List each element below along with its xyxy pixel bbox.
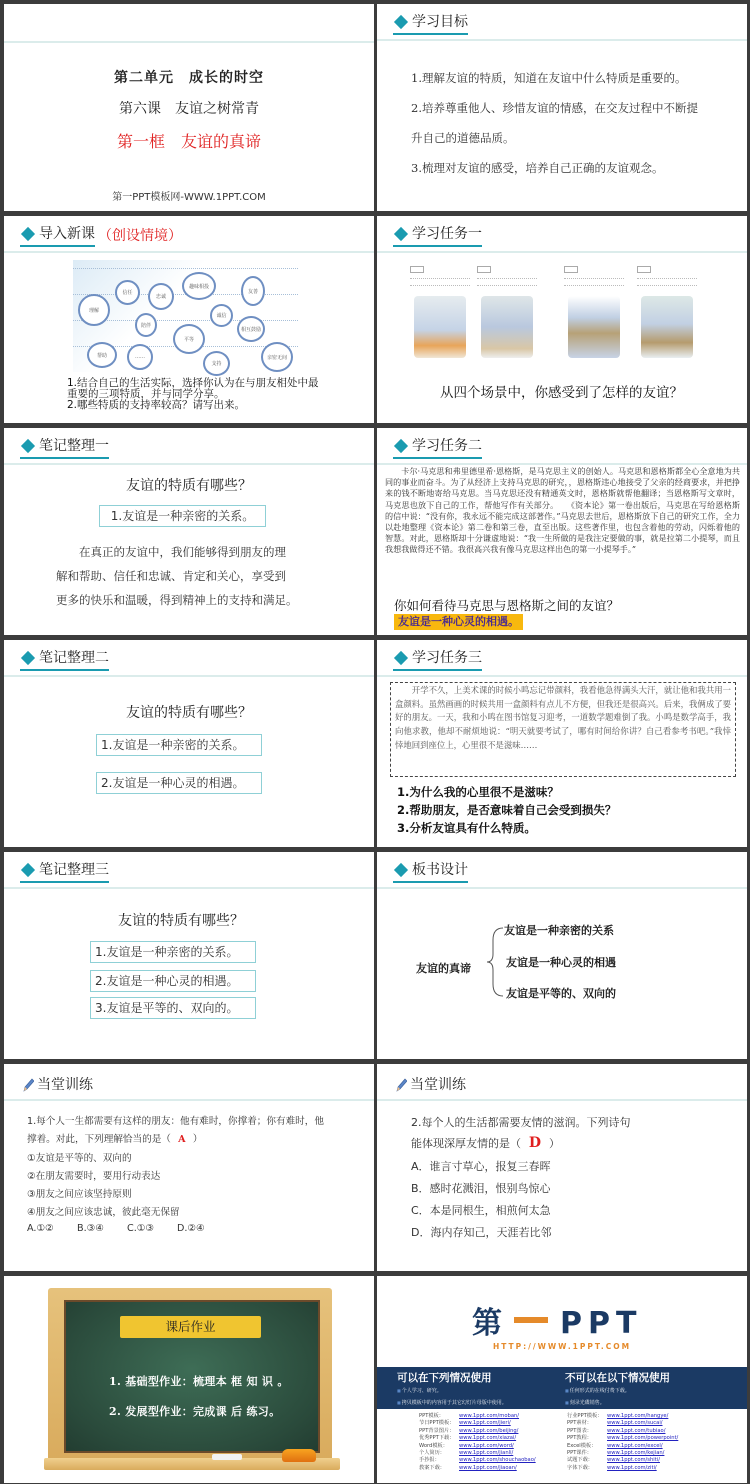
brand-url[interactable]: HTTP://WWW.1PPT.COM bbox=[377, 1342, 747, 1351]
trait-bubble: 支持 bbox=[203, 351, 230, 376]
slide-header: 导入新课 （创设情境） bbox=[4, 216, 374, 253]
choice-item: ②在朋友需要时，要用行动表达 bbox=[27, 1168, 160, 1182]
question-line: 2.哪些特质的支持率较高？请写出来。 bbox=[67, 400, 327, 411]
notes-question: 友谊的特质有哪些？ bbox=[4, 910, 366, 930]
trait-box: 2.友谊是一种心灵的相遇。 bbox=[90, 970, 256, 992]
link-label: Word模板： bbox=[419, 1443, 459, 1450]
trait-box: 3.友谊是平等的、双向的。 bbox=[90, 997, 256, 1019]
slide-homework[interactable]: 课后作业 1. 基础型作业：梳理本 框 知 识 。 2. 发展型作业：完成课 后… bbox=[4, 1276, 374, 1483]
question-stem: 1.每个人一生都需要有这样的朋友：他有难时，你撑着；你有难时，他 bbox=[27, 1113, 324, 1127]
diamond-icon bbox=[21, 438, 35, 452]
slide-heading: 导入新课 bbox=[20, 225, 95, 247]
trait-bubble: 平等 bbox=[173, 324, 205, 354]
heading-text: 学习任务一 bbox=[412, 226, 482, 242]
slide-practice2[interactable]: 当堂训练 2.每个人的生活都需要友情的滋润。下列诗句 能体现深厚友情的是（D） … bbox=[377, 1064, 747, 1271]
slide-header: 当堂训练 bbox=[377, 1064, 747, 1101]
can-use-item: 个人学习、研究。 bbox=[397, 1385, 507, 1397]
question-line: 3.分析友谊具有什么特质。 bbox=[397, 820, 536, 836]
dotted-line bbox=[73, 320, 298, 321]
objective-item: 1.理解友谊的特质，知道在友谊中什么特质是重要的。 bbox=[411, 63, 731, 93]
option: C.①③ bbox=[127, 1223, 154, 1234]
eraser-icon bbox=[282, 1449, 316, 1462]
slide-header: 笔记整理二 bbox=[4, 640, 374, 677]
section-title: 第一框 友谊的真谛 bbox=[4, 129, 374, 152]
story-box: 开学不久，上美术课的时候小鸣忘记带颜料，我看他急得满头大汗，就让他和我共用一盒颜… bbox=[390, 682, 736, 777]
paragraph-line: 在真正的友谊中，我们能够得到朋友的理 bbox=[56, 540, 326, 564]
stem-text: 撑着。对此，下列理解恰当的是（ bbox=[27, 1134, 171, 1145]
link-row: 优秀PPT下载：www.1ppt.com/xiazai/ bbox=[419, 1435, 536, 1442]
link[interactable]: www.1ppt.com/powerpoint/ bbox=[607, 1435, 678, 1442]
diamond-icon bbox=[394, 226, 408, 240]
option: C．本是同根生，相煎何太急 bbox=[411, 1202, 551, 1218]
dotted-line bbox=[73, 268, 298, 269]
trait-box: 1.友谊是一种亲密的关系。 bbox=[90, 941, 256, 963]
slide-header: 板书设计 bbox=[377, 852, 747, 889]
slide-heading: 当堂训练 bbox=[22, 1074, 93, 1094]
scene-label bbox=[477, 266, 491, 273]
scene-picture bbox=[568, 296, 620, 358]
heading-text: 学习任务二 bbox=[412, 438, 482, 454]
slide-notes3[interactable]: 笔记整理三 友谊的特质有哪些？ 1.友谊是一种亲密的关系。 2.友谊是一种心灵的… bbox=[4, 852, 374, 1059]
trait-bubble: 趣味相投 bbox=[182, 272, 216, 300]
slide-task1[interactable]: 学习任务一 从四个场景中，你感受到了怎样的友谊？ bbox=[377, 216, 747, 423]
homework-item: 1. 基础型作业：梳理本 框 知 识 。 bbox=[109, 1373, 289, 1389]
question-stem: 能体现深厚友情的是（D） bbox=[411, 1135, 560, 1151]
slide-objectives[interactable]: 学习目标 1.理解友谊的特质，知道在友谊中什么特质是重要的。 2.培养尊重他人、… bbox=[377, 4, 747, 211]
heading-text: 导入新课 bbox=[39, 226, 95, 242]
link[interactable]: www.1ppt.com/tubiao/ bbox=[607, 1428, 665, 1435]
trait-box: 1.友谊是一种亲密的关系。 bbox=[96, 734, 262, 756]
can-use-item: 拷贝模板中的内容用于其它幻灯片母版中使用。 bbox=[397, 1397, 507, 1409]
slide-header: 学习任务一 bbox=[377, 216, 747, 253]
objective-item: 3.梳理对友谊的感受，培养自己正确的友谊观念。 bbox=[411, 153, 731, 183]
notes-question: 友谊的特质有哪些？ bbox=[4, 475, 374, 495]
unit-title: 第二单元 成长的时空 bbox=[4, 67, 374, 87]
homework-item: 2. 发展型作业：完成课 后 练习。 bbox=[109, 1403, 280, 1419]
slide-header: 学习任务三 bbox=[377, 640, 747, 677]
answer-mark: A bbox=[171, 1134, 193, 1145]
option: A．谁言寸草心，报复三春晖 bbox=[411, 1158, 551, 1174]
trait-bubble: 忠诚 bbox=[148, 283, 174, 310]
scene-illustration bbox=[410, 266, 470, 366]
scene-picture bbox=[641, 296, 693, 358]
stem-text: ） bbox=[549, 1137, 560, 1150]
slide-heading: 当堂训练 bbox=[395, 1074, 466, 1094]
answer-mark: D bbox=[521, 1135, 549, 1151]
slide-header: 笔记整理三 bbox=[4, 852, 374, 889]
slide-intro[interactable]: 导入新课 （创设情境） 理解 信任 忠诚 趣味相投 友善 陪伴 诚信 相互鼓励 … bbox=[4, 216, 374, 423]
tree-leaf: 友谊是一种亲密的关系 bbox=[504, 922, 614, 938]
slide-header: 学习目标 bbox=[377, 4, 747, 41]
diamond-icon bbox=[394, 14, 408, 28]
link[interactable]: www.1ppt.com/xiazai/ bbox=[459, 1435, 516, 1442]
scene-picture bbox=[481, 296, 533, 358]
slide-heading: 笔记整理三 bbox=[20, 861, 109, 883]
cannot-use-item: 任何形式的在线付费下载。 bbox=[565, 1385, 670, 1397]
trait-bubble: 相互鼓励 bbox=[237, 316, 265, 342]
link-row: 教案下载：www.1ppt.com/jiaoan/ bbox=[419, 1465, 536, 1472]
cannot-use-item: 刻录光碟销售。 bbox=[565, 1397, 670, 1409]
notes-question: 友谊的特质有哪些？ bbox=[4, 702, 374, 722]
lesson-title: 第六课 友谊之树常青 bbox=[4, 98, 374, 118]
task-question: 从四个场景中，你感受到了怎样的友谊？ bbox=[440, 381, 683, 401]
slide-heading: 学习任务一 bbox=[393, 225, 482, 247]
scene-caption bbox=[477, 278, 537, 286]
svg-text:PPT: PPT bbox=[560, 1306, 642, 1337]
link[interactable]: www.1ppt.com/beijing/ bbox=[459, 1428, 518, 1435]
cannot-use-heading: 不可以在以下情况使用 bbox=[565, 1371, 670, 1385]
slide-header: 学习任务二 bbox=[377, 428, 747, 465]
paragraph-line: 更多的快乐和温暖，得到精神上的支持和满足。 bbox=[56, 588, 326, 612]
choice-item: ③朋友之间应该坚持原则 bbox=[27, 1186, 132, 1200]
can-use-heading: 可以在下列情况使用 bbox=[397, 1371, 507, 1385]
scene-label bbox=[564, 266, 578, 273]
diamond-icon bbox=[394, 650, 408, 664]
link-row: 字体下载：www.1ppt.com/ziti/ bbox=[567, 1465, 678, 1472]
link-row: 节日PPT模板：www.1ppt.com/jieri/ bbox=[419, 1420, 536, 1427]
link-label: 字体下载： bbox=[567, 1465, 607, 1472]
trait-bubble: …… bbox=[127, 344, 153, 370]
link[interactable]: www.1ppt.com/jiaoan/ bbox=[459, 1465, 517, 1472]
heading-text: 当堂训练 bbox=[37, 1077, 93, 1093]
diamond-icon bbox=[394, 438, 408, 452]
links-right: 行业PPT模板：www.1ppt.com/hangye/ PPT素材：www.1… bbox=[567, 1413, 678, 1472]
scene-caption bbox=[637, 278, 697, 286]
slide-ending[interactable]: 第 PPT HTTP://WWW.1PPT.COM 可以在下列情况使用 个人学习… bbox=[377, 1276, 747, 1483]
scene-illustration bbox=[477, 266, 537, 366]
scene-label bbox=[410, 266, 424, 273]
option: B．感时花溅泪，恨别鸟惊心 bbox=[411, 1180, 551, 1196]
slide-board-design[interactable]: 板书设计 友谊的真谛 友谊是一种亲密的关系 友谊是一种心灵的相遇 友谊是平等的、… bbox=[377, 852, 747, 1059]
link[interactable]: www.1ppt.com/word/ bbox=[459, 1443, 514, 1450]
slide-header: 笔记整理一 bbox=[4, 428, 374, 465]
link[interactable]: www.1ppt.com/kejian/ bbox=[607, 1450, 664, 1457]
link-label: 优秀PPT下载： bbox=[419, 1435, 459, 1442]
slide-heading: 学习任务二 bbox=[393, 437, 482, 459]
question-line: 1.为什么我的心里很不是滋味？ bbox=[397, 784, 559, 800]
question-line: 2.帮助朋友，是否意味着自己会受到损失？ bbox=[397, 802, 616, 818]
slide-heading: 板书设计 bbox=[393, 861, 468, 883]
scene-illustration bbox=[564, 266, 624, 366]
slide-heading: 学习任务三 bbox=[393, 649, 482, 671]
link-row: 手抄报：www.1ppt.com/shouchaobao/ bbox=[419, 1457, 536, 1464]
usage-band: 可以在下列情况使用 个人学习、研究。 拷贝模板中的内容用于其它幻灯片母版中使用。… bbox=[377, 1367, 747, 1409]
slide-header: 当堂训练 bbox=[4, 1064, 374, 1101]
trait-box: 2.友谊是一种心灵的相遇。 bbox=[96, 772, 262, 794]
site-footer: 第一PPT模板网-WWW.1PPT.COM bbox=[4, 188, 374, 203]
link-label: PPT教程： bbox=[567, 1435, 607, 1442]
choice-item: ④朋友之间应该忠诚，彼此毫无保留 bbox=[27, 1204, 180, 1218]
scene-caption bbox=[564, 278, 624, 286]
intro-questions: 1.结合自己的生活实际，选择你认为在与朋友相处中最 重要的三项特质，并与同学分享… bbox=[67, 378, 327, 411]
trait-bubble: 诚信 bbox=[210, 304, 233, 327]
diamond-icon bbox=[21, 862, 35, 876]
scene-illustration bbox=[637, 266, 697, 366]
objective-item: 升自己的道德品质。 bbox=[411, 123, 731, 153]
pencil-icon bbox=[395, 1078, 407, 1092]
diamond-icon bbox=[21, 650, 35, 664]
links-left: PPT模板：www.1ppt.com/moban/ 节日PPT模板：www.1p… bbox=[419, 1413, 536, 1472]
link[interactable]: www.1ppt.com/moban/ bbox=[459, 1413, 519, 1420]
trait-bubble: 亲密无间 bbox=[261, 342, 293, 372]
slide-heading: 学习目标 bbox=[393, 13, 468, 35]
scene-picture bbox=[414, 296, 466, 358]
link[interactable]: www.1ppt.com/excel/ bbox=[607, 1443, 663, 1450]
link[interactable]: www.1ppt.com/hangye/ bbox=[607, 1413, 668, 1420]
tree-leaf: 友谊是一种心灵的相遇 bbox=[506, 954, 616, 970]
link-label: PPT素材： bbox=[567, 1420, 607, 1427]
slide-title[interactable]: 第二单元 成长的时空 第六课 友谊之树常青 第一框 友谊的真谛 第一PPT模板网… bbox=[4, 4, 374, 211]
slide-heading: 笔记整理一 bbox=[20, 437, 109, 459]
question-stem: 撑着。对此，下列理解恰当的是（A） bbox=[27, 1131, 203, 1145]
heading-text: 笔记整理三 bbox=[39, 862, 109, 878]
link[interactable]: www.1ppt.com/jieri/ bbox=[459, 1420, 511, 1427]
link-row: PPT素材：www.1ppt.com/sucai/ bbox=[567, 1420, 678, 1427]
link-label: 节日PPT模板： bbox=[419, 1420, 459, 1427]
link[interactable]: www.1ppt.com/shiti/ bbox=[607, 1457, 660, 1464]
slide-heading: 笔记整理二 bbox=[20, 649, 109, 671]
slide-task3[interactable]: 学习任务三 开学不久，上美术课的时候小鸣忘记带颜料，我看他急得满头大汗，就让他和… bbox=[377, 640, 747, 847]
slide-notes2[interactable]: 笔记整理二 友谊的特质有哪些？ 1.友谊是一种亲密的关系。 2.友谊是一种心灵的… bbox=[4, 640, 374, 847]
trait-bubble: 友善 bbox=[241, 276, 265, 306]
link-row: Word模板：www.1ppt.com/word/ bbox=[419, 1443, 536, 1450]
link-label: 教案下载： bbox=[419, 1465, 459, 1472]
diamond-icon bbox=[21, 226, 35, 240]
heading-text: 学习任务三 bbox=[412, 650, 482, 666]
slide-practice1[interactable]: 当堂训练 1.每个人一生都需要有这样的朋友：他有难时，你撑着；你有难时，他 撑着… bbox=[4, 1064, 374, 1271]
trait-bubble: 帮助 bbox=[87, 342, 117, 368]
pencil-icon bbox=[22, 1078, 34, 1092]
notes-paragraph: 在真正的友谊中，我们能够得到朋友的理 解和帮助、信任和忠诚、肯定和关心，享受到 … bbox=[56, 540, 326, 612]
option: B.③④ bbox=[77, 1223, 104, 1234]
heading-text: 当堂训练 bbox=[410, 1077, 466, 1093]
story-text: 卡尔·马克思和弗里德里希·恩格斯，是马克思主义的创始人。马克思和恩格斯都全心全意… bbox=[385, 466, 740, 556]
heading-text: 笔记整理一 bbox=[39, 438, 109, 454]
question-stem: 2.每个人的生活都需要友情的滋润。下列诗句 bbox=[411, 1114, 631, 1130]
option: D．海内存知己，天涯若比邻 bbox=[411, 1224, 551, 1240]
link-label: 试题下载： bbox=[567, 1457, 607, 1464]
trait-bubble: 信任 bbox=[115, 280, 140, 305]
chalk-icon bbox=[212, 1454, 242, 1460]
can-use-column: 可以在下列情况使用 个人学习、研究。 拷贝模板中的内容用于其它幻灯片母版中使用。 bbox=[397, 1371, 507, 1409]
link-row: Excel模板：www.1ppt.com/excel/ bbox=[567, 1443, 678, 1450]
svg-text:第: 第 bbox=[472, 1306, 502, 1337]
slide-task2[interactable]: 学习任务二 卡尔·马克思和弗里德里希·恩格斯，是马克思主义的创始人。马克思和恩格… bbox=[377, 428, 747, 635]
tree-leaf: 友谊是平等的、双向的 bbox=[506, 985, 616, 1001]
heading-text: 笔记整理二 bbox=[39, 650, 109, 666]
trait-bubble: 陪伴 bbox=[135, 313, 157, 337]
stem-text: 能体现深厚友情的是（ bbox=[411, 1137, 521, 1150]
paragraph-line: 解和帮助、信任和忠诚、肯定和关心，享受到 bbox=[56, 564, 326, 588]
option: D.②④ bbox=[177, 1223, 205, 1234]
slide-notes1[interactable]: 笔记整理一 友谊的特质有哪些？ 1.友谊是一种亲密的关系。 在真正的友谊中，我们… bbox=[4, 428, 374, 635]
scene-caption bbox=[410, 278, 470, 286]
link[interactable]: www.1ppt.com/sucai/ bbox=[607, 1420, 663, 1427]
heading-text: 板书设计 bbox=[412, 862, 468, 878]
option: A.①② bbox=[27, 1223, 54, 1234]
homework-tag: 课后作业 bbox=[120, 1316, 261, 1338]
slide-grid: 第二单元 成长的时空 第六课 友谊之树常青 第一框 友谊的真谛 第一PPT模板网… bbox=[0, 0, 750, 1484]
link-row: 试题下载：www.1ppt.com/shiti/ bbox=[567, 1457, 678, 1464]
link-label: 手抄报： bbox=[419, 1457, 459, 1464]
stem-text: ） bbox=[193, 1134, 203, 1145]
divider bbox=[4, 41, 374, 43]
brand-logo: 第 PPT bbox=[472, 1305, 658, 1337]
scene-label bbox=[637, 266, 651, 273]
diamond-icon bbox=[394, 862, 408, 876]
trait-bubble: 理解 bbox=[78, 294, 110, 326]
objective-item: 2.培养尊重他人、珍惜友谊的情感，在交友过程中不断提 bbox=[411, 93, 731, 123]
cannot-use-column: 不可以在以下情况使用 任何形式的在线付费下载。 刻录光碟销售。 bbox=[565, 1371, 670, 1409]
tree-root: 友谊的真谛 bbox=[416, 960, 471, 976]
task-question: 你如何看待马克思与恩格斯之间的友谊？ bbox=[394, 596, 619, 614]
answer-highlight: 友谊是一种心灵的相遇。 bbox=[394, 614, 523, 630]
link-row: PPT教程：www.1ppt.com/powerpoint/ bbox=[567, 1435, 678, 1442]
link-label: Excel模板： bbox=[567, 1443, 607, 1450]
choice-item: ①友谊是平等的、双向的 bbox=[27, 1150, 132, 1164]
heading-text: 学习目标 bbox=[412, 14, 468, 30]
link[interactable]: www.1ppt.com/jianli/ bbox=[459, 1450, 513, 1457]
link[interactable]: www.1ppt.com/shouchaobao/ bbox=[459, 1457, 536, 1464]
heading-subtitle: （创设情境） bbox=[98, 225, 182, 245]
link[interactable]: www.1ppt.com/ziti/ bbox=[607, 1465, 657, 1472]
brace-icon bbox=[485, 926, 505, 998]
trait-box: 1.友谊是一种亲密的关系。 bbox=[99, 505, 266, 527]
